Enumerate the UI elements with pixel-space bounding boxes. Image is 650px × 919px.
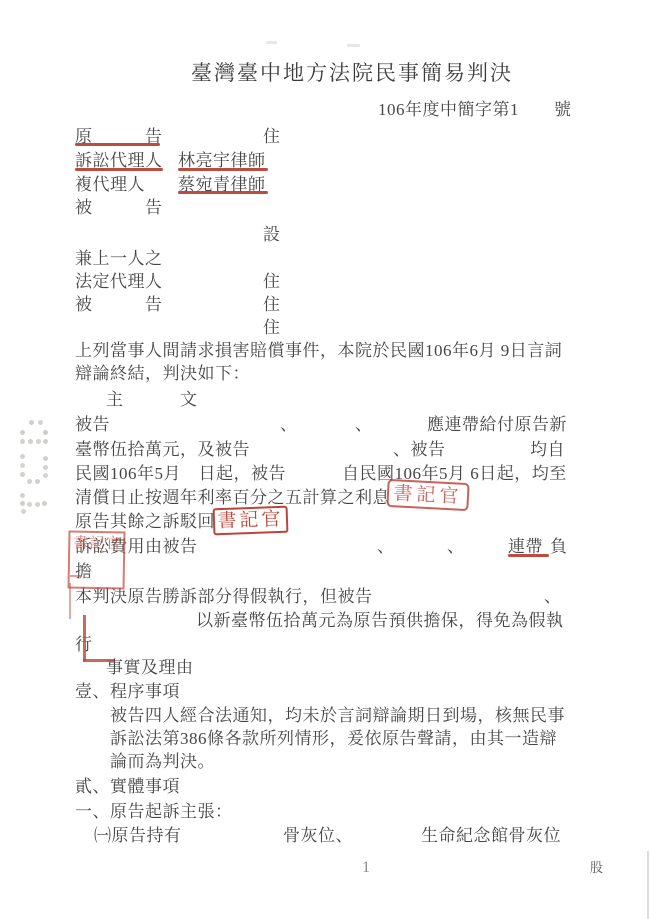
red-underline-joint-liability [508,554,549,557]
judgment-line-6b: 、 [377,538,395,555]
section-1-line-3: 論而為判決。 [110,753,215,770]
judgment-line-3b: 自民國106年5月 6日起，均至 [342,465,567,482]
section-2-sub-b: 骨灰位、 [283,827,353,844]
judgment-line-6c: 、 [447,538,465,555]
clerk-stamp: 書記官 [213,506,289,536]
party-label-defendant: 被 告 [75,199,163,216]
court-title: 臺灣臺中地方法院民事簡易判決 [191,63,513,84]
scan-artifact-dash [266,41,277,44]
reasons-heading: 事實及理由 [106,659,194,676]
judgment-line-4: 清償日止按週年利率百分之五計算之利息 [75,489,390,506]
party-label-defendant-2: 被 告 [75,296,163,313]
clerk-stamp-text: 書記官 [393,484,463,507]
residence-label: 住 [263,128,281,145]
clerk-stamp-text: 書記官 [217,510,284,531]
red-underline-co-counsel-name [178,191,268,194]
division-label: 股 [590,861,604,874]
section-1-line-1: 被告四人經合法通知，均未於言詞辯論期日到場，核無民事 [110,707,565,724]
party-label-joint: 兼上一人之 [75,250,163,267]
judgment-line-5: 原告其餘之訴駁回 [75,513,215,530]
judgment-line-8a: 本判決原告勝訴部分得假執行，但被告 [75,588,373,605]
party-label-legal-rep: 法定代理人 [75,273,163,290]
page-number: 1 [362,860,370,876]
scanned-judgment-page: 臺灣臺中地方法院民事簡易判決 106年度中簡字第1 號 原 告 住 訴訟代理人 … [0,0,650,919]
section-2-sub-a: ㈠原告持有 [94,827,182,844]
clerk-stamp: 書記官 [386,479,469,511]
judgment-line-1b: 、 [280,416,298,433]
clerk-stamp-faded: 書記官 [67,531,125,590]
main-text-heading: 主 文 [106,391,199,408]
residence-label: 住 [263,296,281,313]
section-1-title: 壹、程序事項 [75,683,180,700]
judgment-line-2c: 均自 [530,441,565,458]
judgment-line-6e: 負 [550,538,568,555]
section-1-line-2: 訴訟法第386條各款所列情形，爰依原告聲請，由其一造辯 [110,730,557,747]
residence-label: 住 [263,319,281,336]
red-underline-counsel-name [178,168,268,171]
intro-line-2: 辯論終結，判決如下： [75,365,250,382]
judgment-line-1d: 應連帶給付原告新 [427,416,567,433]
scan-artifact-dots [0,0,3,3]
residence-label: 住 [263,273,281,290]
section-2-title: 貳、實體事項 [75,778,180,795]
stamp-fragment-line [70,575,82,577]
stamp-fragment-line [69,583,71,619]
clerk-stamp-text: 書記官 [73,537,121,553]
intro-line-1: 上列當事人間請求損害賠償事件，本院於民國106年6月 9日言詞 [75,342,562,359]
case-number: 106年度中簡字第1 號 [378,101,572,118]
party-label-co-counsel: 複代理人 [75,176,145,193]
scan-edge-line [647,851,649,919]
judgment-line-2a: 臺幣伍拾萬元，及被告 [75,441,250,458]
office-label: 設 [263,226,281,243]
red-underline-plaintiff [75,143,160,146]
red-bracket-mark [83,659,114,662]
section-2-item-1: 一、原告起訴主張： [75,803,233,820]
section-2-sub-c: 生命紀念館骨灰位 [421,827,561,844]
party-label-counsel: 訴訟代理人 [75,152,163,169]
scan-artifact-dash [347,44,360,47]
judgment-line-8b: 、 [544,588,562,605]
counsel-name: 林亮宇律師 [178,152,266,169]
judgment-line-9: 以新臺幣伍拾萬元為原告預供擔保，得免為假執 [196,612,564,629]
judgment-line-6d: 連帶 [508,538,543,555]
judgment-line-3a: 民國106年5月 日起，被告 [75,465,286,482]
red-underline-counsel-label [75,168,163,171]
judgment-line-2b: 、被告 [393,441,446,458]
judgment-line-1a: 被告 [75,416,110,433]
judgment-line-1c: 、 [355,416,373,433]
red-bracket-mark [83,615,86,661]
